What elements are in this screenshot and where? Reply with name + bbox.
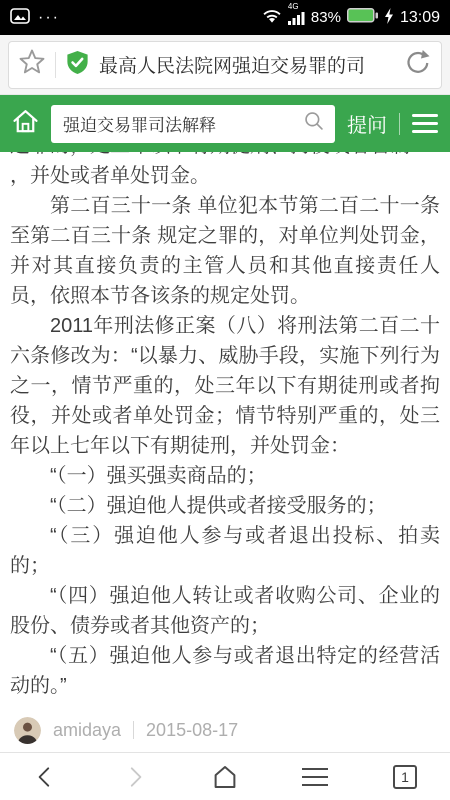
bottom-nav-bar: 1 (0, 752, 450, 800)
meta-divider (133, 721, 134, 739)
paragraph: “（四）强迫他人转让或者收购公司、企业的股份、债券或者其他资产的； (10, 581, 440, 641)
search-toolbar: 提问 (0, 95, 450, 152)
battery-percent: 83% (311, 9, 341, 26)
tabs-button[interactable]: 1 (375, 753, 435, 800)
tab-count-badge: 1 (393, 765, 417, 789)
home-nav-button[interactable] (195, 753, 255, 800)
paragraph: ，并处或者单处罚金。 (10, 161, 440, 191)
url-divider (55, 52, 56, 78)
status-bar: ··· 4G 83% (0, 0, 450, 35)
search-input[interactable] (61, 113, 297, 135)
back-button[interactable] (15, 753, 75, 800)
home-icon[interactable] (10, 106, 41, 142)
post-date: 2015-08-17 (146, 720, 238, 741)
page-title[interactable]: 最高人民法院网强迫交易罪的司 (99, 51, 395, 78)
paragraph: “（五）强迫他人参与或者退出特定的经营活动的。” (10, 641, 440, 701)
battery-icon (347, 8, 378, 27)
paragraph: 2011年刑法修正案（八）将刑法第二百二十六条修改为：“以暴力、威胁手段，实施下… (10, 311, 440, 461)
screenshot-photo-icon (10, 8, 30, 28)
address-bar: 最高人民法院网强迫交易罪的司 (0, 35, 450, 95)
search-icon[interactable] (303, 110, 325, 137)
status-bar-right: 4G 83% 13:09 (262, 8, 440, 28)
paragraph: 第二百三十一条 单位犯本节第二百二十一条至第二百三十条 规定之罪的，对单位判处罚… (10, 191, 440, 311)
wifi-icon (262, 8, 282, 28)
menu-button[interactable] (285, 753, 345, 800)
clipped-line: 之罪的，处三年以下有期徒刑、拘役或者管制 (10, 152, 440, 161)
bookmark-star-icon[interactable] (17, 47, 47, 82)
url-field[interactable]: 最高人民法院网强迫交易罪的司 (8, 41, 442, 89)
clock-time: 13:09 (400, 9, 440, 27)
post-meta-row: amidaya 2015-08-17 (0, 708, 450, 752)
signal-bars-icon: 4G (288, 11, 305, 25)
author-name: amidaya (53, 720, 121, 741)
paragraph: “（一）强买强卖商品的； (10, 461, 440, 491)
menu-lines-icon (302, 768, 328, 786)
charging-bolt-icon (384, 8, 394, 28)
toolbar-divider (399, 113, 400, 135)
paragraph: “（三）强迫他人参与或者退出投标、拍卖的； (10, 521, 440, 581)
menu-hamburger-icon[interactable] (410, 112, 440, 135)
paragraph: “（二）强迫他人提供或者接受服务的； (10, 491, 440, 521)
status-bar-left: ··· (10, 8, 60, 28)
mobile-browser-page: ··· 4G 83% (0, 0, 450, 800)
author-avatar (14, 717, 41, 744)
forward-button[interactable] (105, 753, 165, 800)
network-4g-badge: 4G (288, 2, 299, 11)
ask-question-button[interactable]: 提问 (345, 109, 389, 138)
security-shield-icon (64, 49, 91, 81)
notification-ellipsis: ··· (38, 10, 60, 26)
article-text: 之罪的，处三年以下有期徒刑、拘役或者管制 ，并处或者单处罚金。 第二百三十一条 … (0, 152, 450, 708)
search-box[interactable] (51, 105, 335, 143)
refresh-icon[interactable] (403, 47, 433, 82)
